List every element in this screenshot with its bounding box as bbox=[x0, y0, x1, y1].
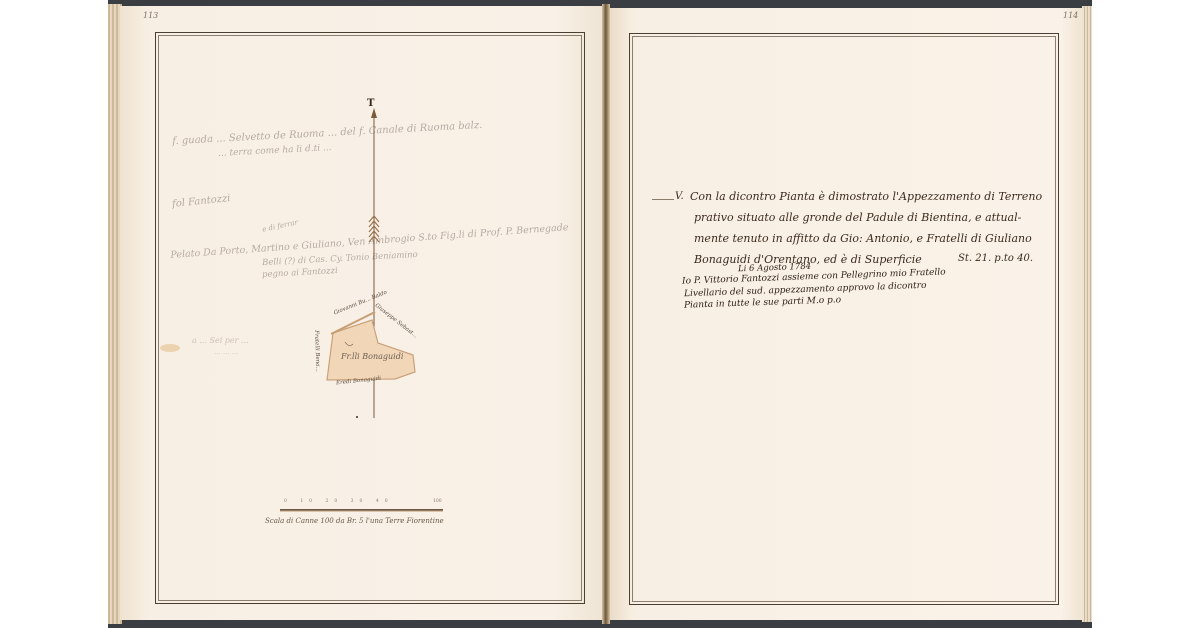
entry-area: St. 21. p.to 40. bbox=[958, 253, 1033, 264]
book-gutter bbox=[602, 4, 610, 624]
entry-line-1: Con la dicontro Pianta è dimostrato l'Ap… bbox=[690, 190, 1042, 203]
entry-number: V. bbox=[675, 191, 684, 202]
scale-tick: 30 bbox=[351, 499, 369, 504]
scale-tick: 0 bbox=[284, 499, 293, 504]
pencil-note-lower: a ... Sei per ... bbox=[192, 336, 249, 345]
entry-line-2: prativo situato alle gronde del Padule d… bbox=[694, 211, 1021, 224]
scale-caption: Scala di Canne 100 da Br. 5 l'una Terre … bbox=[265, 517, 444, 525]
right-page-border-frame bbox=[629, 33, 1059, 605]
scale-tick-end: 100 bbox=[433, 499, 442, 504]
entry-line-3: mente tenuto in affitto da Gio: Antonio,… bbox=[694, 232, 1032, 245]
plot-owner-label: Fr.lli Bonaguidi bbox=[341, 352, 403, 361]
paper-stain bbox=[160, 344, 180, 352]
scale-tick: 10 bbox=[300, 499, 318, 504]
pencil-note-lower2: ... ... ... bbox=[214, 348, 238, 356]
entry-lead-line bbox=[652, 199, 674, 200]
scale-bar bbox=[270, 505, 445, 513]
right-folio-number: 114 bbox=[1063, 11, 1078, 20]
scale-tick: 20 bbox=[325, 499, 343, 504]
scale-tick: 40 bbox=[376, 499, 394, 504]
reference-dot bbox=[356, 416, 358, 418]
left-folio-number: 113 bbox=[143, 11, 158, 20]
scale-ticks: 0 10 20 30 40 bbox=[284, 499, 394, 504]
